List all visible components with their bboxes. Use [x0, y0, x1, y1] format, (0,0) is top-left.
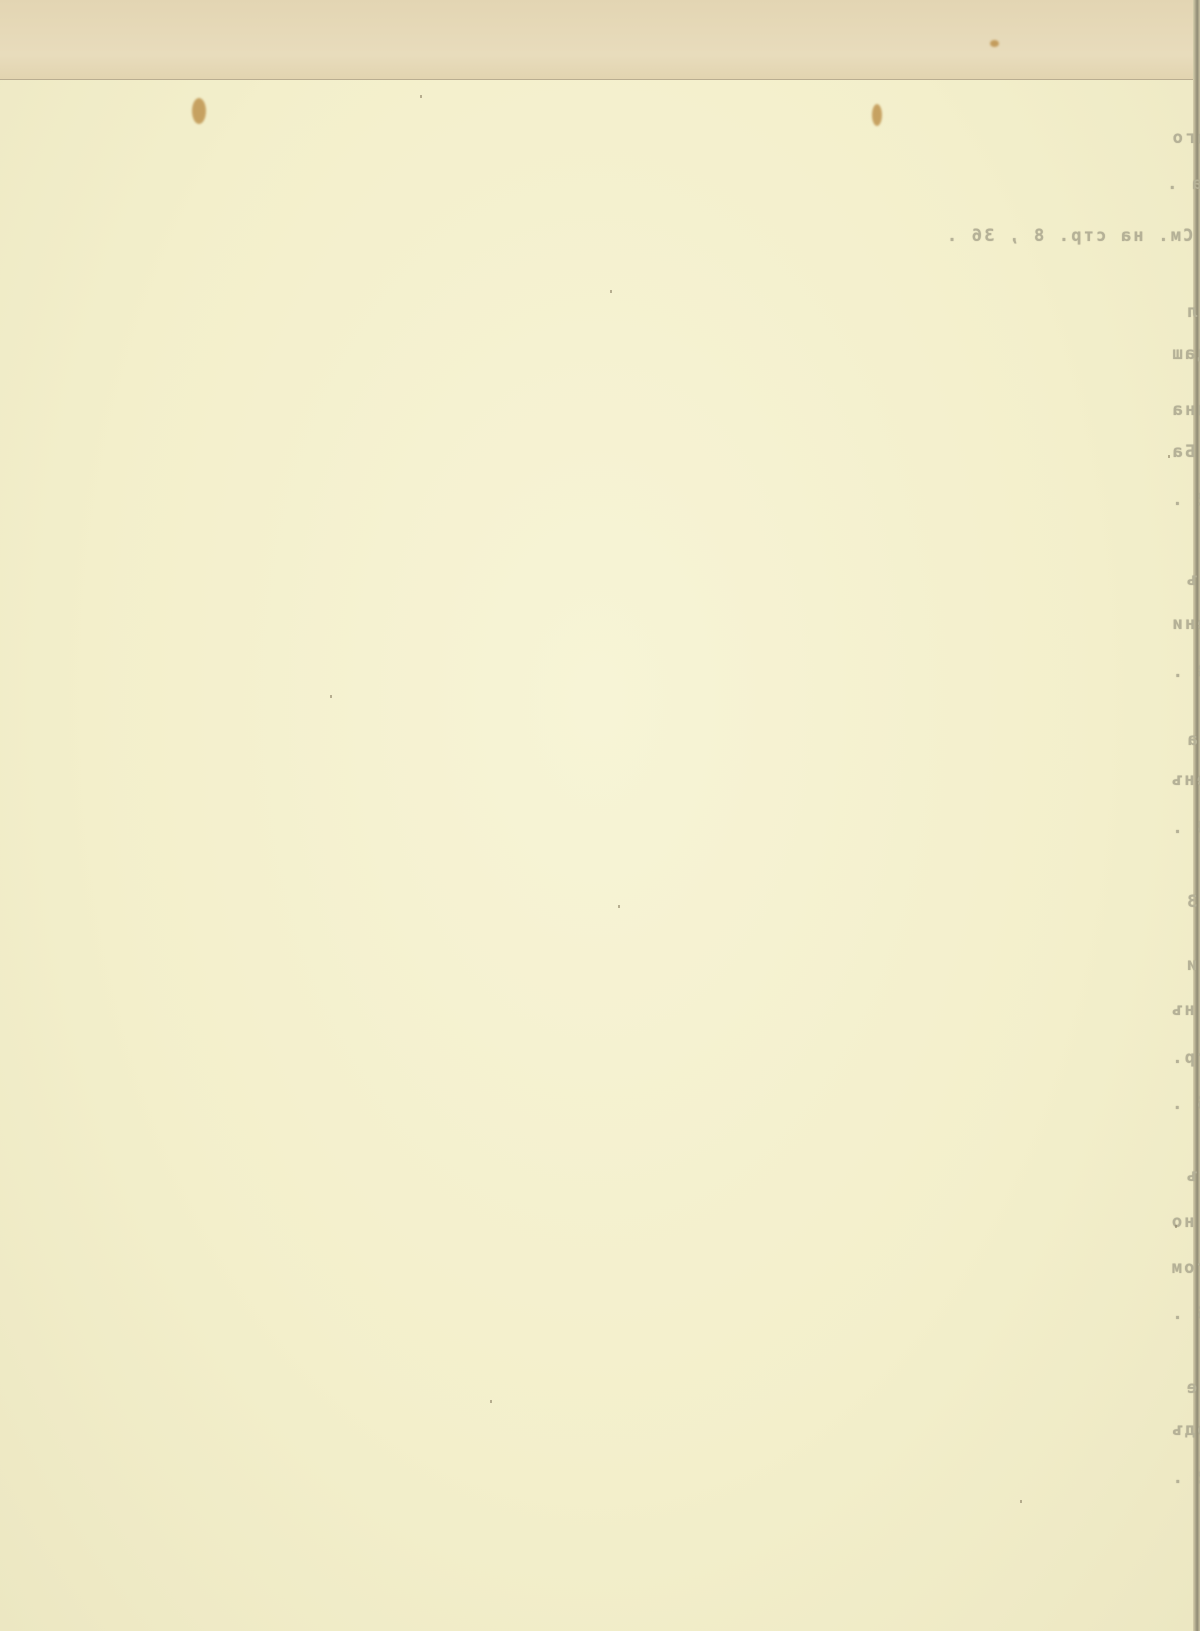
text-line: . И : Рассказывали въ Херсонскомъ городк…: [1185, 1166, 1200, 1186]
text-line: Тремонть . См. на стр. 70 , 71 , 72 , 73…: [1170, 818, 1200, 838]
text-line: . Д : Замътки . Иконы и предметы Священн…: [1185, 570, 1200, 590]
speck: [1175, 1225, 1177, 1228]
text-line: . О : У Багдасаровыхъ въ годъ на свадьба…: [1185, 1378, 1200, 1398]
text-line: домъ вышли на прибрежныя дюны , былъ не …: [1170, 1212, 1200, 1232]
text-line: и въ пъсняхъ , упоминается родная мать ,…: [1170, 128, 1200, 148]
speck: [1168, 455, 1170, 458]
text-line: . 5 : Замътки . Въ городъ переъхалъ онъ …: [1185, 892, 1200, 912]
text-line: Тамары , на стр. 99 и 100 . У неё тоже б…: [1170, 400, 1200, 420]
speck: [420, 95, 422, 98]
text-line: Ганна была первой женой учителя по всему…: [1170, 442, 1200, 462]
speck: [610, 290, 612, 293]
text-line: . б : У Ремизовыхъ была тройка , имъ при…: [1185, 730, 1200, 750]
text-line: моего удалого молодца , и горькая доля и…: [1165, 174, 1200, 194]
text-line: на стр. 96 до 98 . И о Багдасаровой Алек…: [1170, 344, 1200, 364]
text-line: и когда не съ ними были . См. на стр. 21…: [1170, 1304, 1200, 1324]
text-line: Благословенье въ Херсонскихъ церквяхъ ос…: [1170, 1420, 1200, 1440]
speck: [330, 695, 332, 698]
text-line: См. на стр. 8 , 36 .: [945, 226, 1194, 246]
text-line: сыну на стр. 191 , 193 .: [1170, 662, 1200, 682]
text-line: 104 , 107 , 111 , 112 , 116 , 117 , 185 …: [1170, 1094, 1200, 1114]
text-line: отъ самаго начала жили въ Малгобекъ и въ…: [1170, 1000, 1200, 1020]
text-line: Авелъ у Багдасаровыхъ Благословенный сын…: [1170, 1258, 1200, 1278]
document-page: [0, 80, 1193, 1631]
text-line: не уъхали , въ Армянскомъ предгорьи . См…: [1170, 1048, 1200, 1068]
stain-mark: [990, 40, 999, 47]
text-line: Вея . См. на стр. 101 и 102 .: [1170, 490, 1200, 510]
stain-mark: [872, 104, 882, 126]
text-line: Багдасаровъ , У неё были первые картины …: [1170, 614, 1200, 634]
text-line: . Б : Замътки . О Ольгъ Александровнъ Ба…: [1185, 302, 1200, 322]
speck: [490, 1400, 492, 1403]
text-line: Армянскихъ . См. на стр. 312 .: [1170, 1468, 1200, 1488]
speck: [618, 905, 620, 908]
speck: [1020, 1500, 1022, 1503]
text-line: Багдасаровъ , а не Ованесъ и дальше гово…: [1170, 770, 1200, 790]
stain-mark: [192, 98, 206, 124]
text-line: . 5 : Замътки . О Багдасаровыхъ тогдашни…: [1185, 955, 1200, 975]
scanner-background-band: [0, 0, 1200, 80]
